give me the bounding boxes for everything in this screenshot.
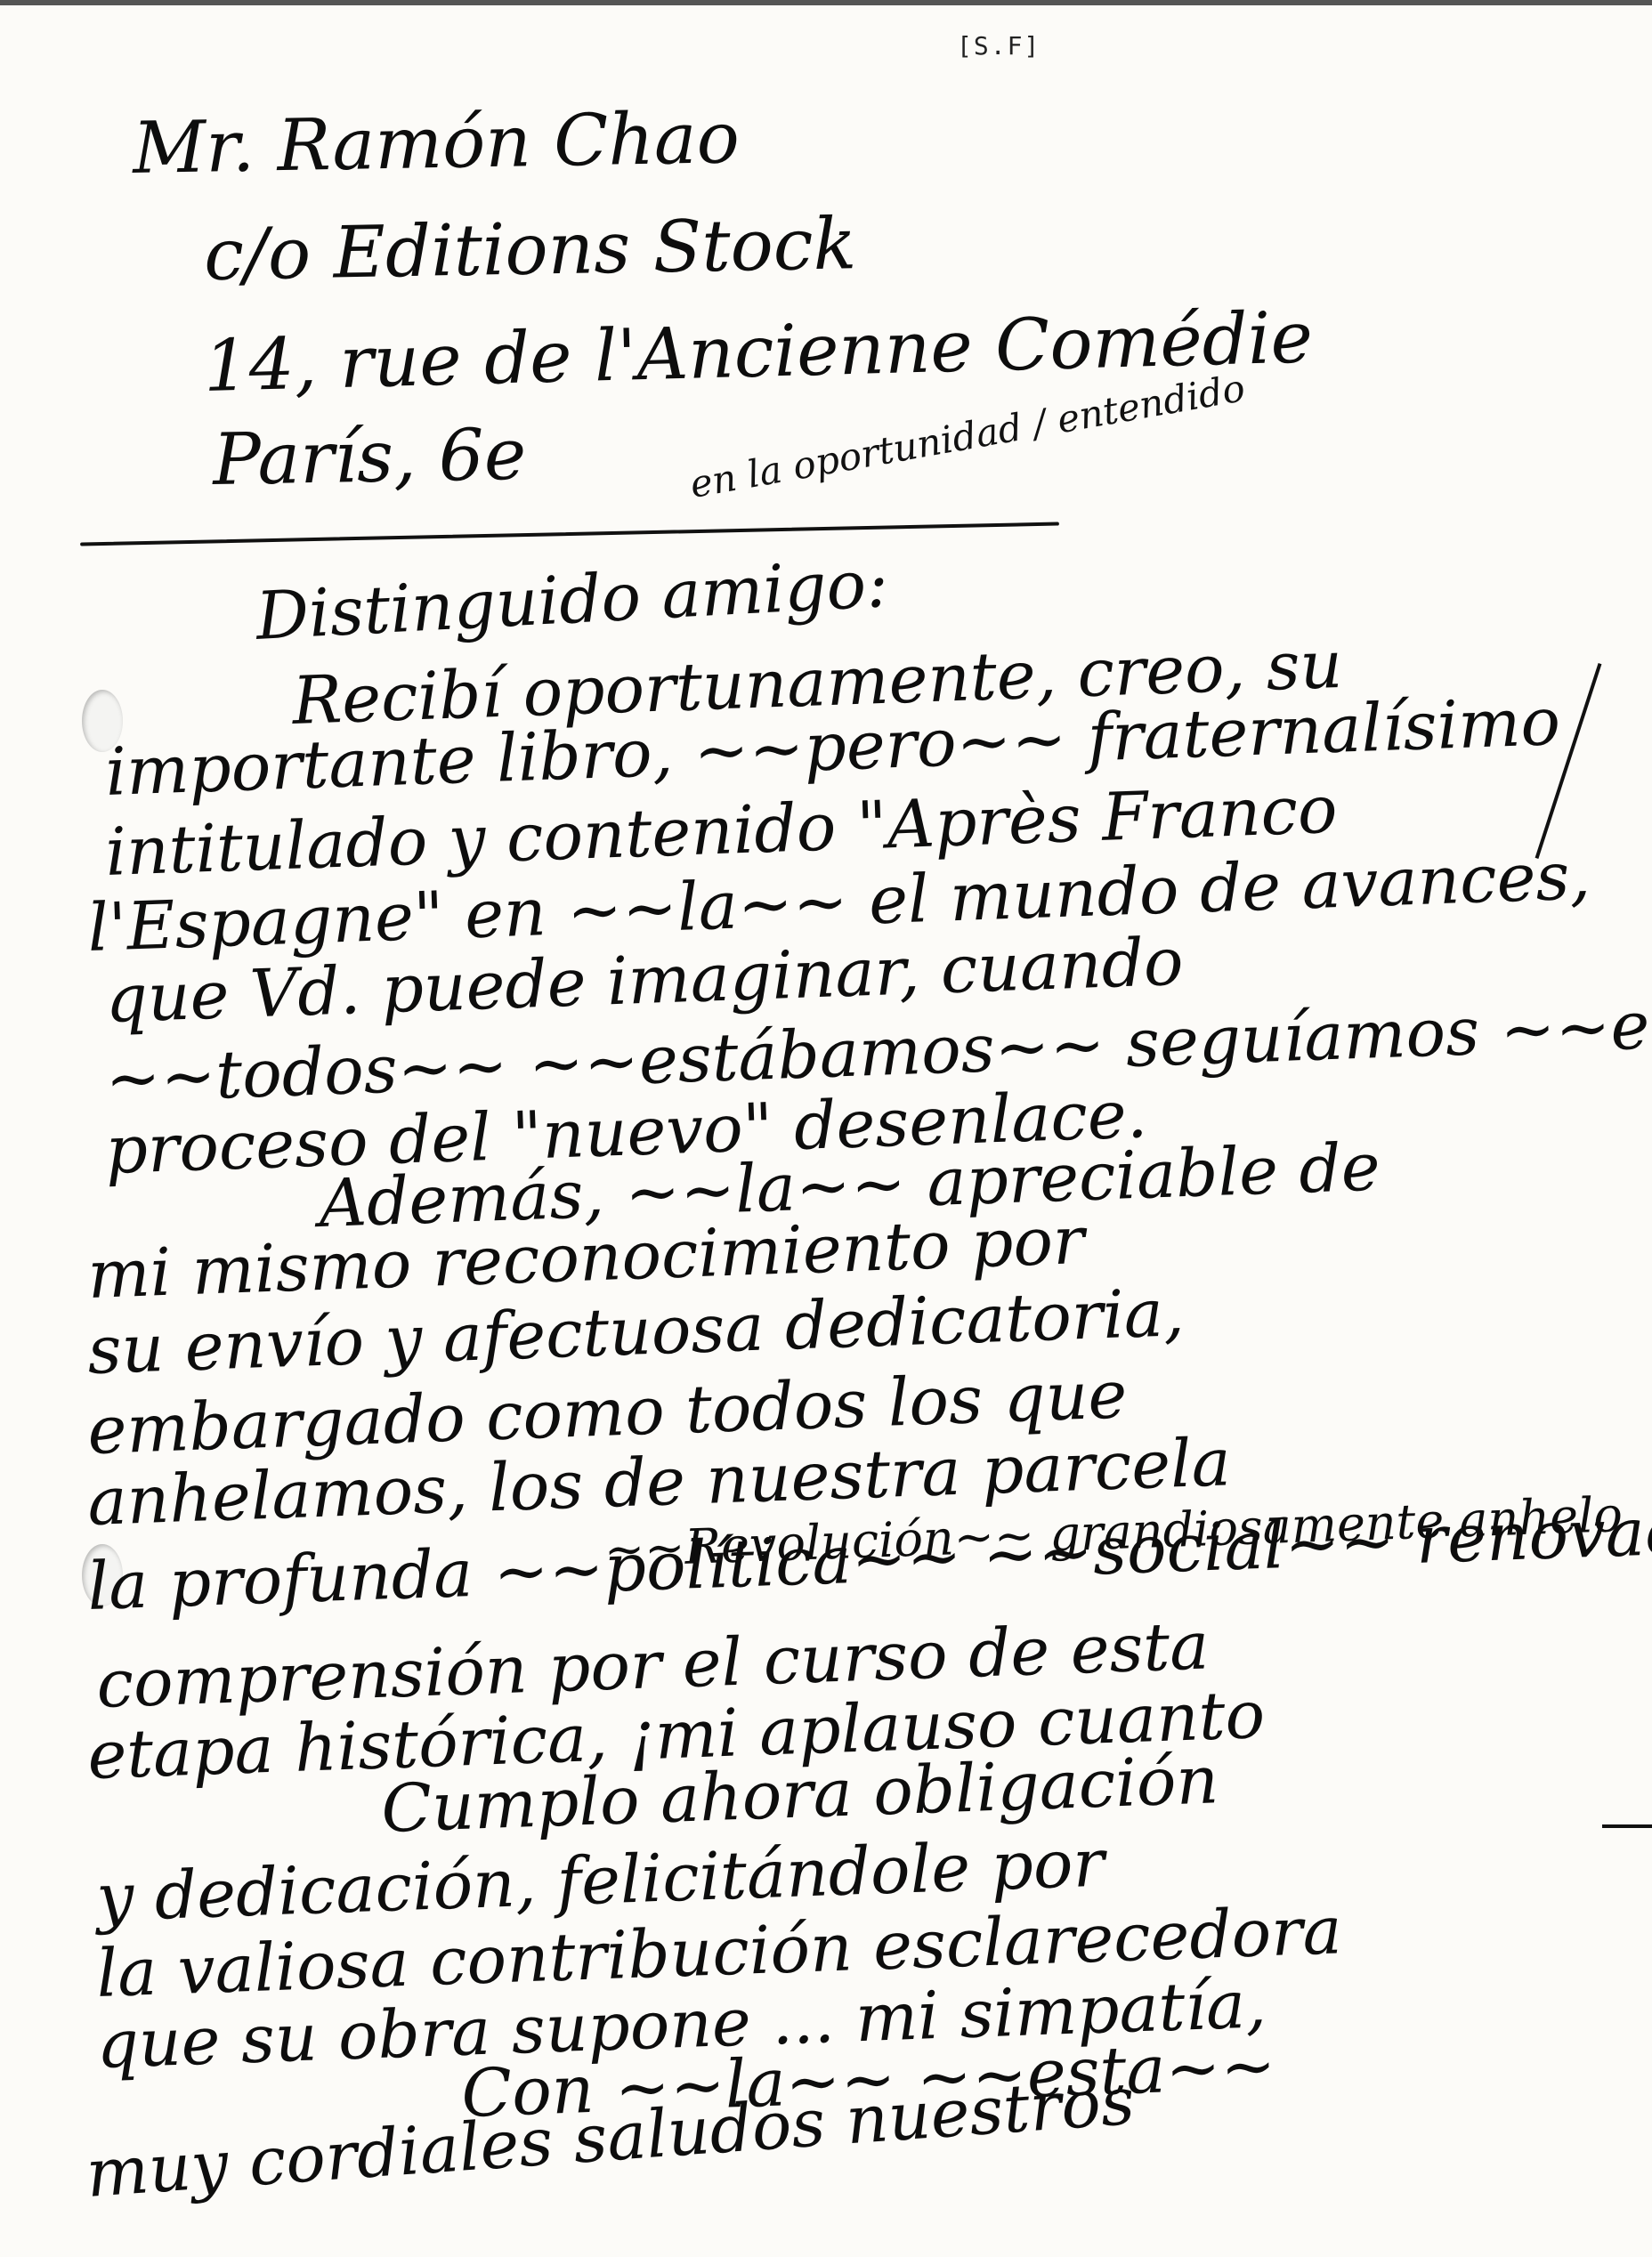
margin-tick bbox=[1602, 1824, 1652, 1828]
archive-mark: [S.F] bbox=[957, 31, 1041, 61]
address-line: París, 6e bbox=[212, 413, 526, 501]
address-line: c/o Editions Stock bbox=[203, 202, 856, 296]
address-line: Mr. Ramón Chao bbox=[132, 96, 740, 190]
